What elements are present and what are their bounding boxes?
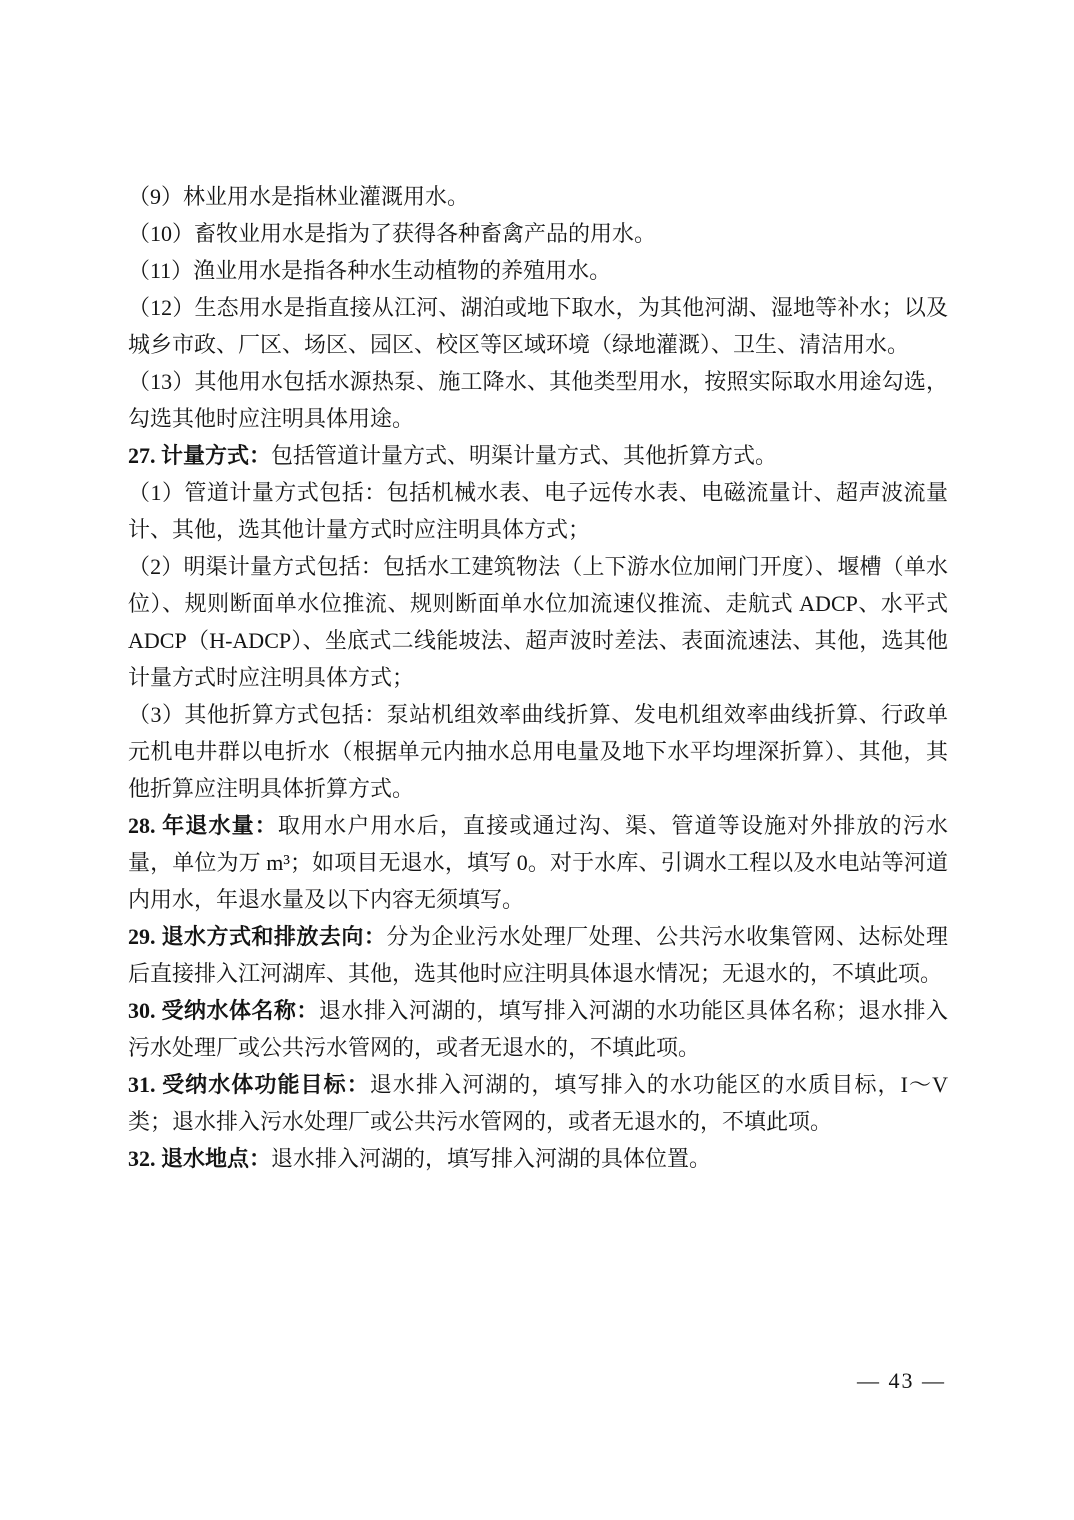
paragraph-item-10: （10）畜牧业用水是指为了获得各种畜禽产品的用水。 (128, 215, 948, 252)
document-body: （9）林业用水是指林业灌溉用水。 （10）畜牧业用水是指为了获得各种畜禽产品的用… (128, 178, 948, 1177)
item-text: 包括管道计量方式、明渠计量方式、其他折算方式。 (271, 443, 777, 468)
paragraph-item-31: 31. 受纳水体功能目标：退水排入河湖的，填写排入的水功能区的水质目标，I～V … (128, 1066, 948, 1140)
paragraph-item-27: 27. 计量方式：包括管道计量方式、明渠计量方式、其他折算方式。 (128, 437, 948, 474)
paragraph-item-32: 32. 退水地点：退水排入河湖的，填写排入河湖的具体位置。 (128, 1140, 948, 1177)
paragraph-item-29: 29. 退水方式和排放去向：分为企业污水处理厂处理、公共污水收集管网、达标处理后… (128, 918, 948, 992)
item-text: （3）其他折算方式包括：泵站机组效率曲线折算、发电机组效率曲线折算、行政单元机电… (128, 702, 948, 801)
item-text: （1）管道计量方式包括：包括机械水表、电子远传水表、电磁流量计、超声波流量计、其… (128, 480, 948, 542)
item-label: 27. 计量方式： (128, 443, 271, 468)
paragraph-item-27-1: （1）管道计量方式包括：包括机械水表、电子远传水表、电磁流量计、超声波流量计、其… (128, 474, 948, 548)
item-label: 32. 退水地点： (128, 1146, 271, 1171)
item-text: （9）林业用水是指林业灌溉用水。 (128, 184, 469, 209)
item-label: 31. 受纳水体功能目标： (128, 1072, 370, 1097)
item-label: 28. 年退水量： (128, 813, 278, 838)
paragraph-item-12: （12）生态用水是指直接从江河、湖泊或地下取水，为其他河湖、湿地等补水；以及城乡… (128, 289, 948, 363)
item-text: 退水排入河湖的，填写排入河湖的具体位置。 (271, 1146, 711, 1171)
item-label: 29. 退水方式和排放去向： (128, 924, 386, 949)
paragraph-item-28: 28. 年退水量：取用水户用水后，直接或通过沟、渠、管道等设施对外排放的污水量，… (128, 807, 948, 918)
page-number: — 43 — (857, 1366, 946, 1396)
paragraph-item-9: （9）林业用水是指林业灌溉用水。 (128, 178, 948, 215)
paragraph-item-13: （13）其他用水包括水源热泵、施工降水、其他类型用水，按照实际取水用途勾选，勾选… (128, 363, 948, 437)
item-text: （11）渔业用水是指各种水生动植物的养殖用水。 (128, 258, 611, 283)
paragraph-item-27-3: （3）其他折算方式包括：泵站机组效率曲线折算、发电机组效率曲线折算、行政单元机电… (128, 696, 948, 807)
paragraph-item-30: 30. 受纳水体名称：退水排入河湖的，填写排入河湖的水功能区具体名称；退水排入污… (128, 992, 948, 1066)
paragraph-item-27-2: （2）明渠计量方式包括：包括水工建筑物法（上下游水位加闸门开度）、堰槽（单水位）… (128, 548, 948, 696)
item-text: （10）畜牧业用水是指为了获得各种畜禽产品的用水。 (128, 221, 656, 246)
item-text: （13）其他用水包括水源热泵、施工降水、其他类型用水，按照实际取水用途勾选，勾选… (128, 369, 948, 431)
paragraph-item-11: （11）渔业用水是指各种水生动植物的养殖用水。 (128, 252, 948, 289)
document-page: （9）林业用水是指林业灌溉用水。 （10）畜牧业用水是指为了获得各种畜禽产品的用… (0, 0, 1074, 1520)
item-text: （2）明渠计量方式包括：包括水工建筑物法（上下游水位加闸门开度）、堰槽（单水位）… (128, 554, 948, 690)
item-label: 30. 受纳水体名称： (128, 998, 319, 1023)
item-text: （12）生态用水是指直接从江河、湖泊或地下取水，为其他河湖、湿地等补水；以及城乡… (128, 295, 948, 357)
